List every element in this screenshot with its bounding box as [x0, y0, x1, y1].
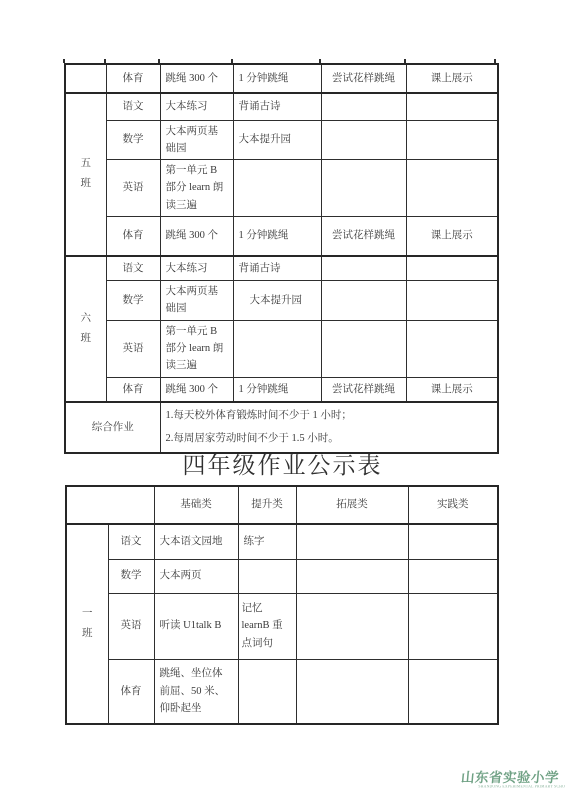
homework-cell: 跳绳 300 个: [160, 377, 233, 402]
homework-cell: [406, 120, 498, 160]
homework-table-grade4: 基础类 提升类 拓展类 实践类 一班 语文 大本语文园地 练字 数学 大本两页 …: [65, 485, 499, 725]
homework-cell: [406, 320, 498, 377]
page-title: 四年级作业公示表: [0, 447, 565, 480]
subject-cell: 英语: [106, 160, 160, 217]
header-cell: 实践类: [408, 486, 498, 524]
subject-cell: 数学: [106, 281, 160, 321]
table-row: 英语 第一单元 B 部分 learn 朗读三遍: [65, 160, 498, 217]
school-name-english: SHANDONG EXPERIMENTAL PRIMARY SCHOOL: [478, 785, 541, 789]
homework-cell: 练字: [238, 524, 296, 559]
homework-cell: 1 分钟跳绳: [233, 377, 321, 402]
homework-cell: [321, 320, 406, 377]
homework-cell: 大本语文园地: [154, 524, 238, 559]
summary-row: 综合作业 1.每天校外体育锻炼时间不少于 1 小时； 2.每周居家劳动时间不少于…: [65, 402, 498, 453]
class-label-class1: 一班: [66, 524, 108, 724]
homework-cell: 大本两页: [154, 559, 238, 593]
homework-cell: 大本提升园: [233, 281, 321, 321]
summary-label: 综合作业: [65, 402, 160, 453]
homework-cell: [406, 93, 498, 120]
homework-cell: 跳绳、坐位体前屈、50 米、仰卧起坐: [154, 659, 238, 724]
subject-cell: 英语: [106, 320, 160, 377]
homework-cell: [321, 93, 406, 120]
class-label-text: 六班: [80, 309, 92, 349]
homework-cell: 1 分钟跳绳: [233, 64, 321, 93]
table-row: 六班 语文 大本练习 背诵古诗: [65, 256, 498, 281]
table-row: 数学 大本两页基础园 大本提升园: [65, 120, 498, 160]
table-row: 体育 跳绳 300 个 1 分钟跳绳 尝试花样跳绳 课上展示: [65, 377, 498, 402]
homework-cell: [296, 659, 408, 724]
school-name-chinese: 山东省实验小学: [458, 771, 561, 786]
homework-cell: 大本两页基础园: [160, 120, 233, 160]
summary-content: 1.每天校外体育锻炼时间不少于 1 小时； 2.每周居家劳动时间不少于 1.5 …: [160, 402, 498, 453]
homework-cell: [238, 559, 296, 593]
homework-cell: [408, 524, 498, 559]
homework-cell: 听读 U1talk B: [154, 593, 238, 659]
school-watermark: 山东省实验小学 SHANDONG EXPERIMENTAL PRIMARY SC…: [459, 771, 561, 791]
homework-cell: 第一单元 B 部分 learn 朗读三遍: [160, 160, 233, 217]
class-label-class5: 五班: [65, 93, 106, 256]
table-row: 体育 跳绳、坐位体前屈、50 米、仰卧起坐: [66, 659, 498, 724]
homework-cell: 跳绳 300 个: [160, 64, 233, 93]
homework-cell: 大本提升园: [233, 120, 321, 160]
table-row: 体育 跳绳 300 个 1 分钟跳绳 尝试花样跳绳 课上展示: [65, 217, 498, 256]
homework-cell: 第一单元 B 部分 learn 朗读三遍: [160, 320, 233, 377]
homework-cell: [406, 256, 498, 281]
homework-cell: [408, 593, 498, 659]
document-page: 体育 跳绳 300 个 1 分钟跳绳 尝试花样跳绳 课上展示 五班 语文 大本练…: [0, 0, 565, 800]
homework-cell: [321, 281, 406, 321]
homework-cell: 尝试花样跳绳: [321, 217, 406, 256]
homework-cell: 大本练习: [160, 256, 233, 281]
subject-cell: 体育: [108, 659, 154, 724]
homework-cell: 尝试花样跳绳: [321, 377, 406, 402]
homework-cell: 课上展示: [406, 377, 498, 402]
homework-cell: 大本练习: [160, 93, 233, 120]
table-row: 五班 语文 大本练习 背诵古诗: [65, 93, 498, 120]
homework-cell: 背诵古诗: [233, 256, 321, 281]
homework-cell: 跳绳 300 个: [160, 217, 233, 256]
summary-line-1: 1.每天校外体育锻炼时间不少于 1 小时；: [166, 405, 493, 428]
table-row: 一班 语文 大本语文园地 练字: [66, 524, 498, 559]
subject-cell: 英语: [108, 593, 154, 659]
homework-cell: [406, 281, 498, 321]
homework-cell: 课上展示: [406, 64, 498, 93]
homework-cell: [406, 160, 498, 217]
header-cell: 拓展类: [296, 486, 408, 524]
subject-cell: 语文: [106, 256, 160, 281]
subject-cell: 数学: [108, 559, 154, 593]
homework-cell: [238, 659, 296, 724]
homework-cell: [408, 659, 498, 724]
homework-cell: 记忆 learnB 重点词句: [238, 593, 296, 659]
subject-cell: 语文: [108, 524, 154, 559]
subject-cell: 体育: [106, 377, 160, 402]
homework-cell: [296, 559, 408, 593]
table-row: 体育 跳绳 300 个 1 分钟跳绳 尝试花样跳绳 课上展示: [65, 64, 498, 93]
table-row: 数学 大本两页基础园 大本提升园: [65, 281, 498, 321]
homework-cell: [296, 593, 408, 659]
homework-cell: [321, 256, 406, 281]
subject-cell: 数学: [106, 120, 160, 160]
header-cell: 基础类: [154, 486, 238, 524]
homework-cell: 大本两页基础园: [160, 281, 233, 321]
table-row: 英语 听读 U1talk B 记忆 learnB 重点词句: [66, 593, 498, 659]
subject-cell: 语文: [106, 93, 160, 120]
subject-cell: 体育: [106, 64, 160, 93]
homework-cell: [233, 320, 321, 377]
homework-cell: [296, 524, 408, 559]
header-row: 基础类 提升类 拓展类 实践类: [66, 486, 498, 524]
subject-cell: 体育: [106, 217, 160, 256]
homework-cell: [321, 120, 406, 160]
homework-cell: [233, 160, 321, 217]
homework-cell: 课上展示: [406, 217, 498, 256]
homework-table-upper: 体育 跳绳 300 个 1 分钟跳绳 尝试花样跳绳 课上展示 五班 语文 大本练…: [64, 63, 499, 454]
class-label-class6: 六班: [65, 256, 106, 403]
homework-cell: 尝试花样跳绳: [321, 64, 406, 93]
header-cell-empty: [66, 486, 154, 524]
class-label-text: 一班: [81, 604, 93, 644]
class-label-text: 五班: [80, 154, 92, 194]
table-row: 数学 大本两页: [66, 559, 498, 593]
homework-cell: [408, 559, 498, 593]
homework-cell: 1 分钟跳绳: [233, 217, 321, 256]
homework-cell: [321, 160, 406, 217]
header-cell: 提升类: [238, 486, 296, 524]
homework-cell: 背诵古诗: [233, 93, 321, 120]
class-label-cell-empty: [65, 64, 106, 93]
table-row: 英语 第一单元 B 部分 learn 朗读三遍: [65, 320, 498, 377]
